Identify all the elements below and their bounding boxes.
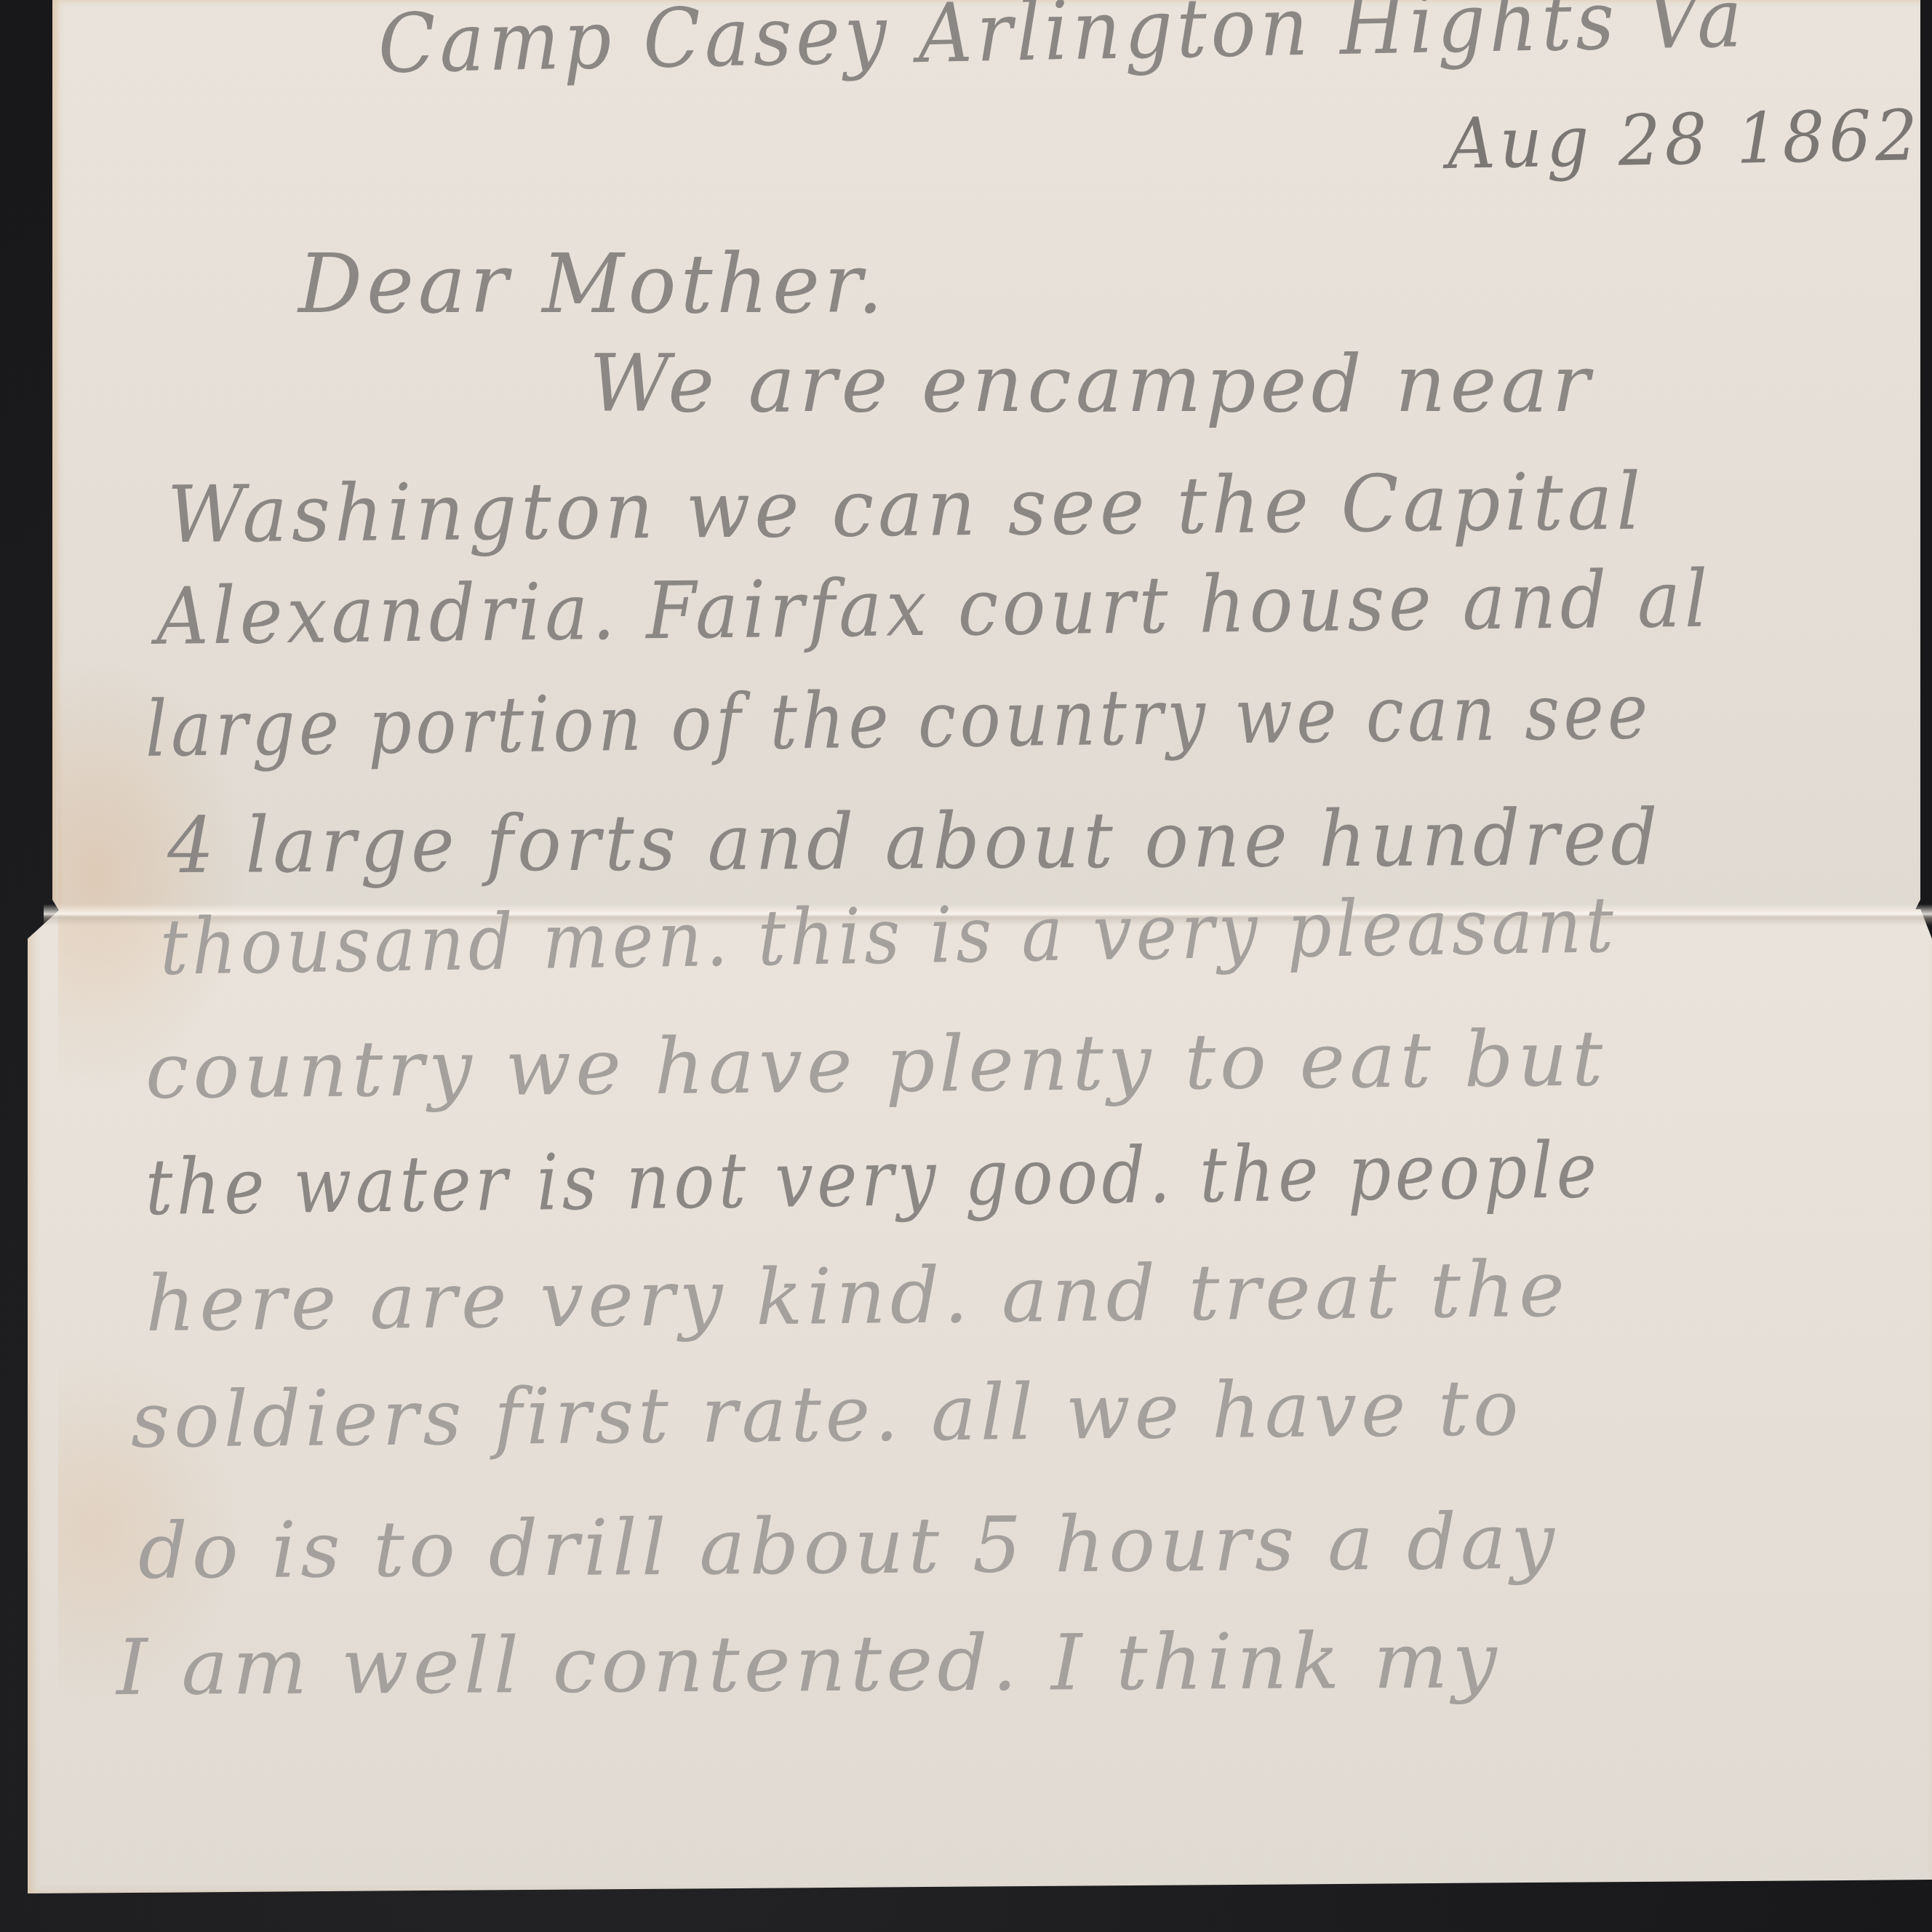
letter-salutation: Dear Mother. (298, 244, 887, 325)
letter-body-line: I am well contented. I think my (116, 1622, 1501, 1707)
letter-body-line: do is to drill about 5 hours a day (138, 1503, 1560, 1590)
letter-body-line: Alexandria. Fairfax court house and al (156, 561, 1712, 657)
letter-body-line: here are very kind. and treat the (145, 1251, 1569, 1343)
letter-heading-date: Aug 28 1862 (1447, 100, 1922, 179)
letter-body-line: Washington we can see the Capital (167, 463, 1645, 555)
letter-body-line: the water is not very good. the people (145, 1132, 1601, 1226)
letter-body-line: country we have plenty to eat but (145, 1020, 1608, 1110)
letter-body-line: soldiers first rate. all we have to (131, 1370, 1523, 1459)
letter-body-line: We are encamped near (589, 346, 1594, 424)
letter-body-line: 4 large forts and about one hundred (167, 799, 1662, 885)
letter-body-line: large portion of the country we can see (145, 673, 1652, 768)
photo-stage: Camp Casey Arlington Hights Va Aug 28 18… (0, 0, 1932, 1932)
letter-body-line: thousand men. this is a very pleasant (159, 887, 1618, 986)
